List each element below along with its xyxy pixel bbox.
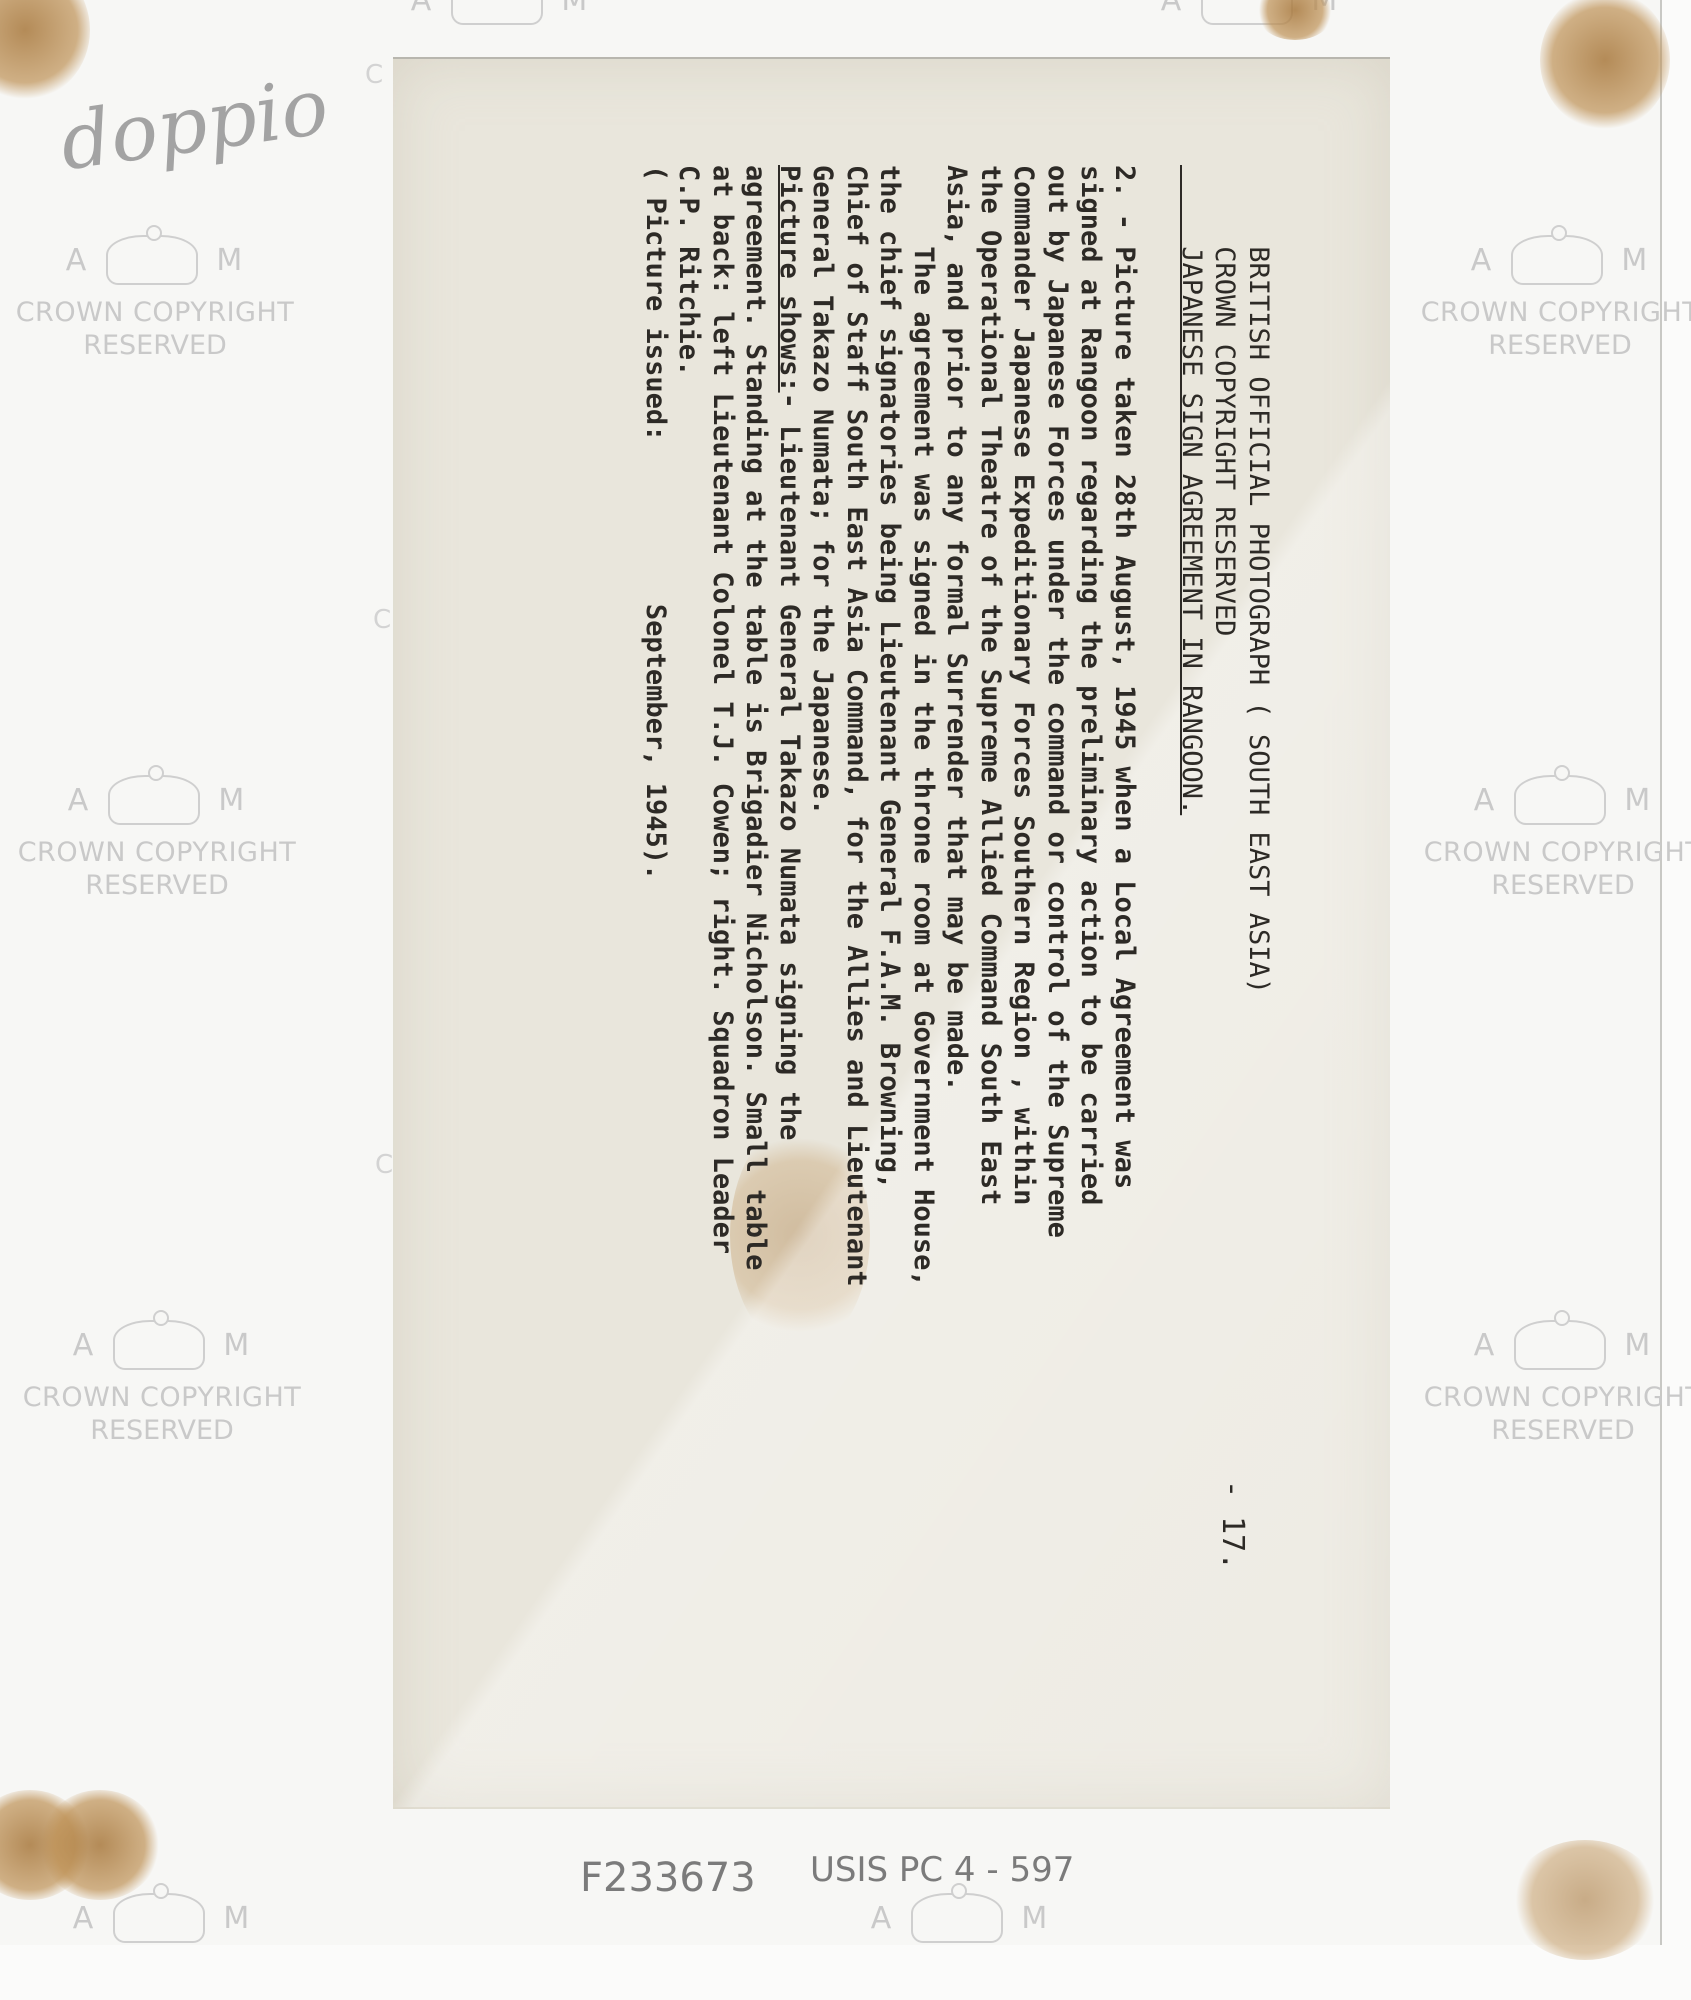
watermark-letter-a: A: [73, 1901, 96, 1936]
crown-copyright-watermark: AM: [340, 0, 660, 25]
reference-number: F233673: [580, 1855, 756, 1901]
crown-copyright-watermark: AM CROWN COPYRIGHT RESERVED: [1403, 1320, 1691, 1446]
watermark-fragment: C: [365, 60, 383, 90]
crown-icon: [108, 775, 200, 825]
caption-line: Asia, and prior to any formal Surrender …: [940, 165, 974, 1625]
crown-icon: [1511, 235, 1603, 285]
watermark-line2: RESERVED: [2, 1415, 322, 1446]
watermark-letter-a: A: [73, 1328, 96, 1363]
caption-line: JAPANESE SIGN AGREEMENT IN RANGOON.: [1175, 165, 1209, 1625]
watermark-line1: CROWN COPYRIGHT: [0, 297, 315, 328]
caption-text-block: BRITISH OFFICIAL PHOTOGRAPH ( SOUTH EAST…: [639, 165, 1276, 1625]
watermark-line1: CROWN COPYRIGHT: [0, 837, 317, 868]
watermark-line1: CROWN COPYRIGHT: [1403, 1382, 1691, 1413]
caption-line: 2. - Picture taken 28th August, 1945 whe…: [1108, 165, 1142, 1625]
watermark-letter-m: M: [1021, 1901, 1049, 1936]
watermark-line1: CROWN COPYRIGHT: [1400, 297, 1691, 328]
caption-line: at back: left Lieutenant Colonel T.J. Co…: [706, 165, 740, 1625]
archive-code: USIS PC 4 - 597: [810, 1850, 1074, 1890]
caption-line: signed at Rangoon regarding the prelimin…: [1074, 165, 1108, 1625]
caption-line: Commander Japanese Expeditionary Forces …: [1007, 165, 1041, 1625]
caption-line: CROWN COPYRIGHT RESERVED: [1208, 165, 1242, 1625]
watermark-letter-m: M: [223, 1901, 251, 1936]
crown-copyright-watermark: AM: [2, 1893, 322, 1943]
crown-copyright-watermark: AM CROWN COPYRIGHT RESERVED: [2, 1320, 322, 1446]
watermark-letter-m: M: [218, 783, 246, 818]
watermark-letter-a: A: [68, 783, 91, 818]
watermark-line2: RESERVED: [1403, 870, 1691, 901]
caption-line: BRITISH OFFICIAL PHOTOGRAPH ( SOUTH EAST…: [1242, 165, 1276, 1625]
crown-icon: [113, 1893, 205, 1943]
caption-line: Picture shows:- Lieutenant General Takaz…: [773, 165, 807, 1625]
watermark-letter-a: A: [411, 0, 434, 18]
watermark-fragment: C: [373, 605, 391, 635]
crown-copyright-watermark: AM: [1090, 0, 1410, 25]
caption-line: General Takazo Numata; for the Japanese.: [806, 165, 840, 1625]
watermark-letter-a: A: [871, 1901, 894, 1936]
watermark-line1: CROWN COPYRIGHT: [2, 1382, 322, 1413]
watermark-letter-m: M: [1621, 243, 1649, 278]
watermark-letter-a: A: [1161, 0, 1184, 18]
watermark-line2: RESERVED: [0, 870, 317, 901]
watermark-letter-m: M: [223, 1328, 251, 1363]
crown-copyright-watermark: AM CROWN COPYRIGHT RESERVED: [1403, 775, 1691, 901]
watermark-fragment: C: [375, 1150, 393, 1180]
crown-copyright-watermark: AM CROWN COPYRIGHT RESERVED: [1400, 235, 1691, 361]
crown-copyright-watermark: AM CROWN COPYRIGHT RESERVED: [0, 775, 317, 901]
crown-icon: [451, 0, 543, 25]
watermark-letter-a: A: [1474, 783, 1497, 818]
watermark-letter-a: A: [66, 243, 89, 278]
caption-line: Chief of Staff South East Asia Command, …: [840, 165, 874, 1625]
watermark-letter-a: A: [1474, 1328, 1497, 1363]
stain: [1510, 1840, 1660, 1960]
stain: [40, 1790, 160, 1900]
watermark-letter-m: M: [216, 243, 244, 278]
caption-line: out by Japanese Forces under the command…: [1041, 165, 1075, 1625]
watermark-line2: RESERVED: [1400, 330, 1691, 361]
caption-line: [1141, 165, 1175, 1625]
caption-line: ( Picture issued: September, 1945).: [639, 165, 673, 1625]
caption-line: agreement. Standing at the table is Brig…: [739, 165, 773, 1625]
watermark-letter-m: M: [1624, 1328, 1652, 1363]
caption-line: the Operational Theatre of the Supreme A…: [974, 165, 1008, 1625]
watermark-letter-m: M: [561, 0, 589, 18]
crown-icon: [1514, 775, 1606, 825]
watermark-line2: RESERVED: [1403, 1415, 1691, 1446]
crown-copyright-watermark: AM CROWN COPYRIGHT RESERVED: [0, 235, 315, 361]
watermark-line1: CROWN COPYRIGHT: [1403, 837, 1691, 868]
crown-icon: [106, 235, 198, 285]
crown-icon: [911, 1893, 1003, 1943]
watermark-letter-a: A: [1471, 243, 1494, 278]
caption-line: C.P. Ritchie.: [672, 165, 706, 1625]
watermark-line2: RESERVED: [0, 330, 315, 361]
watermark-letter-m: M: [1624, 783, 1652, 818]
caption-line: the chief signatories being Lieutenant G…: [873, 165, 907, 1625]
crown-icon: [113, 1320, 205, 1370]
crown-icon: [1514, 1320, 1606, 1370]
crown-copyright-watermark: AM: [800, 1893, 1120, 1943]
caption-line: The agreement was signed in the throne r…: [907, 165, 941, 1625]
